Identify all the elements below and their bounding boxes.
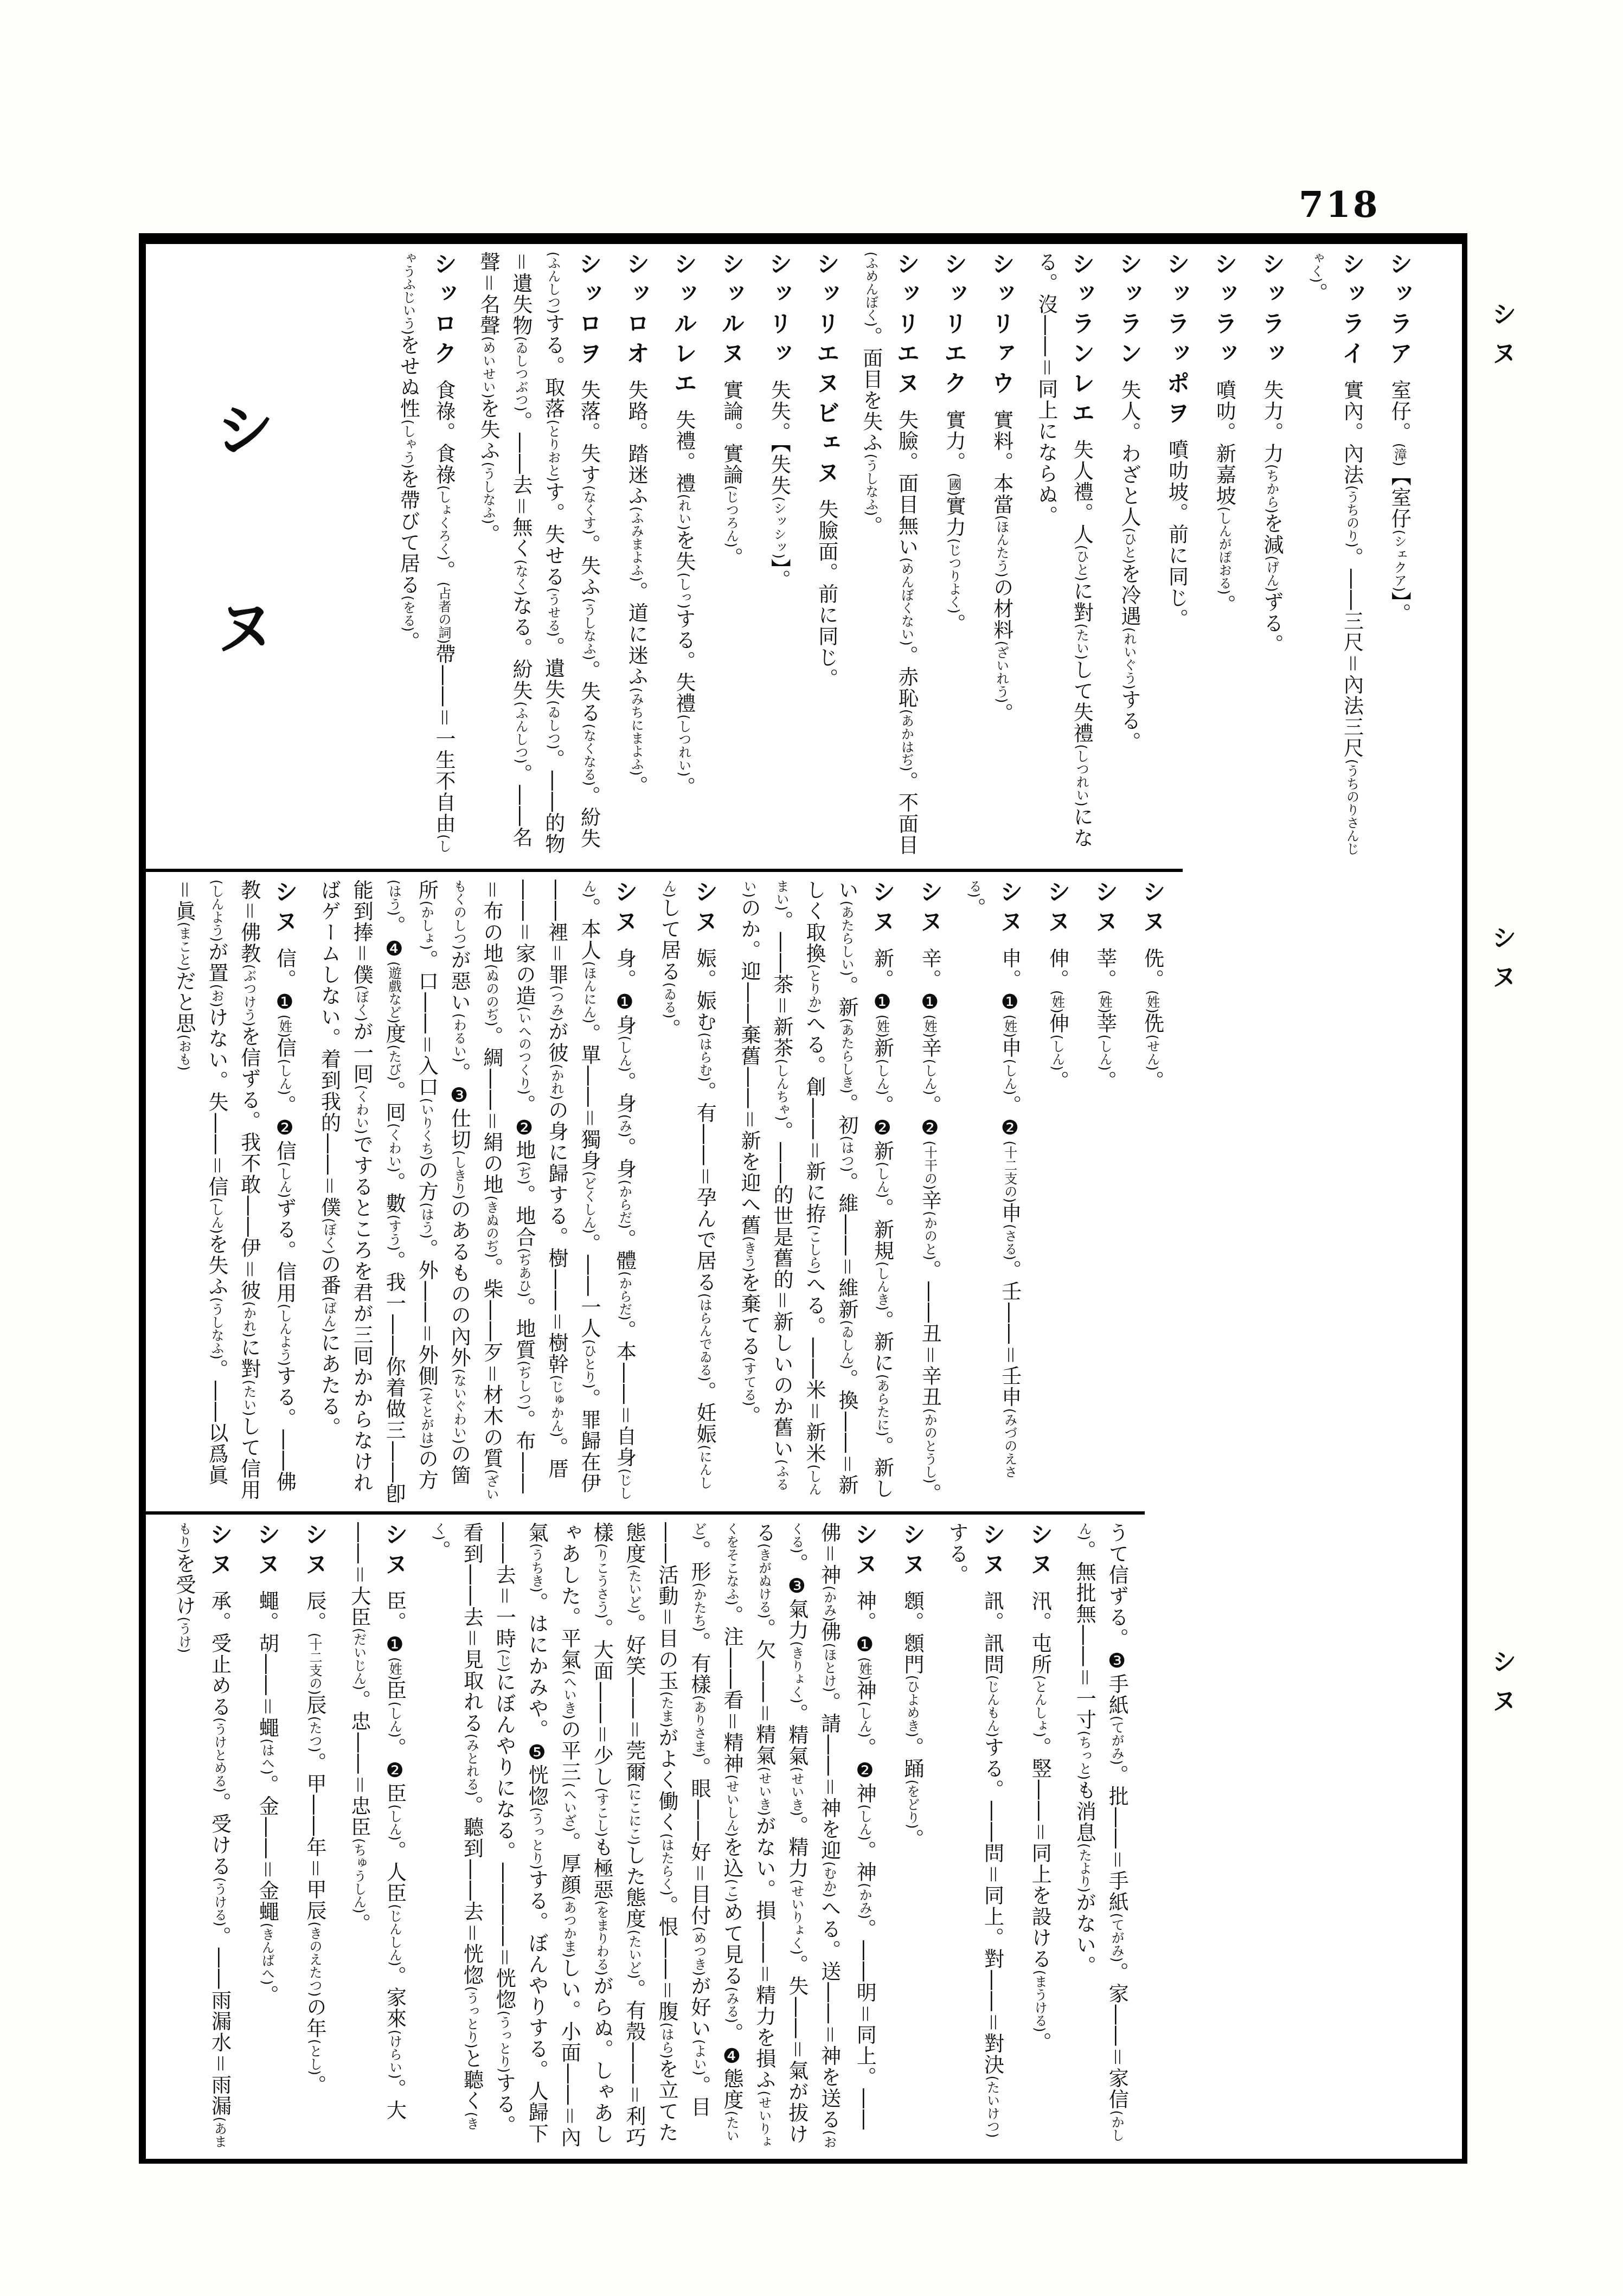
- reading-gloss: (うっとり): [529, 1807, 544, 1870]
- reading-gloss: (きう): [741, 1236, 756, 1272]
- reading-gloss: (れいぐう): [1121, 627, 1137, 690]
- entry-headword: シッリァウ: [988, 252, 1015, 409]
- entry-body: 顖。顖門(ひよめき)。踊(をどり)。: [901, 1590, 924, 1850]
- dict-entry: シッルレエ失禮。禮(れい)を失(しっ)する。失禮(しつれい)。: [664, 252, 702, 863]
- entry-headword: シッロオ: [623, 252, 650, 380]
- reading-gloss: (たい): [1074, 624, 1089, 660]
- reading-gloss: (遊戲など): [386, 961, 401, 1024]
- reading-gloss: (いりくち): [419, 1098, 434, 1160]
- page-frame: シッラア室仔。(漳)【室仔(シェクア)】。シッライ實內。內法(うちのり)。――三…: [139, 233, 1467, 2164]
- reading-gloss: (はう): [386, 880, 401, 916]
- reading-gloss: (しつれい): [676, 714, 691, 777]
- dict-entry: シッリエヌ失臉。面目無い(めんぼくない)。赤恥(あかはぢ)。不面目(ふめんぼく)…: [855, 252, 925, 863]
- entry-headword: シッリエヌビェヌ: [813, 252, 840, 499]
- reading-gloss: (はへ): [259, 1739, 274, 1775]
- entry-body: 失力。力(ちから)を減(げん)ずる。: [1260, 380, 1284, 655]
- reading-gloss: (きがぬける): [756, 1543, 772, 1619]
- reading-gloss: (みる): [724, 1987, 739, 2023]
- reading-gloss: (かしん): [1076, 1522, 1124, 2141]
- reading-gloss: (かみ): [857, 1883, 872, 1919]
- entry-headword: シヌ: [851, 1522, 878, 1590]
- reading-gloss: (せん): [1145, 1035, 1160, 1071]
- dict-entry: シヌ信。❶(姓)信(しん)。❷信(しん)ずる。信用(しんよう)する。――佛教＝佛…: [168, 880, 303, 1506]
- reading-gloss: (ぢ): [516, 1162, 531, 1185]
- reading-gloss: (とし): [307, 2039, 322, 2075]
- dict-entry: シヌ辰。(十二支の)辰(たつ)。甲――年＝甲辰(きのえたつ)の年(とし)。: [295, 1522, 333, 2151]
- entry-headword: シヌ: [1026, 1522, 1053, 1590]
- dict-entry: シヌ侁。(姓)侁(せん)。: [1133, 880, 1171, 1506]
- reading-gloss: (まこと): [176, 922, 191, 971]
- entry-headword: シヌ: [611, 880, 638, 948]
- dict-entry: シヌ娠。娠む(はらむ)。有――＝孕んで居る(はらんでゐる)。妊娠(にんしん)して…: [653, 880, 723, 1506]
- reading-gloss: (めつき): [691, 1927, 707, 1976]
- reading-gloss: (ちゅうしん): [351, 1838, 367, 1914]
- reading-gloss: (ゐしつ): [546, 700, 561, 749]
- reading-gloss: (はら): [659, 2022, 674, 2058]
- entry-headword: シヌ: [253, 1522, 280, 1590]
- dict-entry: シヌ顖。顖門(ひよめき)。踊(をどり)。: [893, 1522, 931, 2151]
- reading-gloss: (じゅかん): [549, 1375, 564, 1437]
- reading-gloss: (にんしん): [662, 880, 713, 1489]
- reading-gloss: (かれ): [241, 1301, 256, 1338]
- entry-body: 實論。實論(じつろん)。: [720, 380, 743, 569]
- entry-body: 噴叻。新嘉坡(しんがぽおる)。: [1213, 380, 1236, 616]
- reading-gloss: (ふんしつ): [513, 701, 528, 764]
- reading-gloss: (かれ): [549, 1064, 564, 1100]
- reading-gloss: (しんよう): [277, 1304, 292, 1366]
- entry-body: 莘。(姓)莘(しん)。: [1093, 948, 1117, 1092]
- reading-gloss: (なく): [513, 560, 528, 596]
- reading-gloss: (かのとうし): [922, 1408, 937, 1484]
- reading-gloss: (ばん): [321, 1297, 336, 1333]
- reading-gloss: (きのえたつ): [307, 1921, 322, 1997]
- dict-entry: シヌ訊。訊問(じんもん)する。――問＝同上。對――＝對決(たいけつ)する。: [940, 1522, 1011, 2151]
- reading-gloss: (しっ): [676, 573, 691, 609]
- reading-gloss: (ぢしつ): [516, 1361, 531, 1410]
- entry-body: 身。❶身(しん)。身(み)。身(からだ)。體(からだ)。本――＝自身(じしん)。…: [317, 880, 636, 1505]
- reading-gloss: (たび): [386, 1044, 401, 1081]
- entry-headword: シヌ: [1043, 880, 1070, 948]
- entry-headword: シッラン: [1115, 252, 1143, 380]
- dict-entry: シヌ承。受止める(うけとめる)。受ける(うける)。――雨漏水＝雨漏(あまもり)を…: [168, 1522, 238, 2151]
- reading-gloss: (ひと): [1074, 545, 1089, 581]
- reading-gloss: (うしなふ): [480, 462, 496, 524]
- reading-gloss: (たいど): [626, 1929, 641, 1979]
- reading-gloss: (かみ): [822, 1586, 837, 1622]
- entry-body: 失臉面。前に同じ。: [815, 499, 838, 689]
- entry-body: 臣。❶(姓)臣(しん)。❷臣(しん)。人臣(じんしん)。家來(けらい)。大――＝…: [348, 1522, 407, 2121]
- reading-gloss: (しょくろく): [436, 485, 451, 561]
- reading-gloss: (みとれる): [464, 1734, 479, 1796]
- reading-gloss: (しつれい): [1074, 744, 1089, 806]
- reading-gloss: (シェクア): [1391, 530, 1407, 592]
- dict-entry: シヌ辛。❶(姓)辛(しん)。❷(十干の)辛(かのと)。――丑＝辛丑(かのとうし)…: [910, 880, 948, 1506]
- reading-gloss: (はつ): [839, 1136, 854, 1172]
- reading-gloss: (さる): [1002, 1224, 1017, 1260]
- reading-gloss: (十干の): [922, 1140, 937, 1190]
- entry-body: 實料。本當(ほんたう)の材料(ざいれう)。: [990, 409, 1013, 724]
- reading-gloss: (うちき): [529, 1543, 544, 1593]
- reading-gloss: (しん): [857, 1804, 872, 1840]
- reading-gloss: (きりょく): [789, 1641, 804, 1703]
- reading-gloss: (ひと): [1121, 528, 1137, 564]
- reading-gloss: (ほんたう): [994, 515, 1009, 578]
- reading-gloss: (よい): [691, 2040, 707, 2076]
- reading-gloss: (しんき): [875, 1261, 890, 1311]
- reading-gloss: (ほとけ): [822, 1643, 837, 1692]
- dict-entry: シッラア室仔。(漳)【室仔(シェクア)】。: [1380, 252, 1418, 863]
- reading-gloss: (十二支の): [307, 1633, 322, 1695]
- band-bottom: うて信ずる。❸手紙(てがみ)。批――＝手紙(てがみ)。家――＝家信(かしん)。無…: [146, 1511, 1145, 2157]
- reading-gloss: (ふみまよふ): [628, 506, 644, 582]
- reading-gloss: (すう): [386, 1215, 401, 1251]
- reading-gloss: (つみ): [549, 985, 564, 1022]
- reading-gloss: (み): [617, 1114, 632, 1138]
- reading-gloss: (しん): [922, 1059, 937, 1095]
- section-header-shinu: シ ヌ: [190, 252, 288, 863]
- entry-headword: シッラッ: [1258, 252, 1285, 380]
- dict-entry: シヌ伸。(姓)伸(しん)。: [1038, 880, 1076, 1506]
- reading-gloss: (めいせい): [480, 336, 496, 399]
- reading-gloss: (シッシッ): [771, 497, 786, 559]
- dict-entry: シッリエク實力。(國)實力(じつりよく)。: [934, 252, 972, 863]
- band-middle: シヌ侁。(姓)侁(せん)。シヌ莘。(姓)莘(しん)。シヌ伸。(姓)伸(しん)。シ…: [146, 869, 1183, 1511]
- reading-gloss: (ちっと): [1076, 1730, 1092, 1780]
- reading-gloss: (姓): [277, 1015, 292, 1038]
- reading-gloss: (しん): [1002, 1059, 1017, 1095]
- reading-gloss: (ぢあひ): [516, 1248, 531, 1297]
- reading-gloss: (せいき): [756, 1767, 772, 1816]
- entry-continuation: うて信ずる。❸手紙(てがみ)。批――＝手紙(てがみ)。家――＝家信(かしん)。無…: [1068, 1522, 1133, 2151]
- reading-gloss: (ぬののぢ): [484, 964, 499, 1027]
- reading-gloss: (國): [946, 473, 961, 496]
- reading-gloss: (うしなふ): [581, 598, 596, 660]
- dict-entry: シヌ汛。屯所(とんしょ)。竪――＝同上を設ける(まうける)。: [1021, 1522, 1059, 2151]
- reading-gloss: (きぬのぢ): [484, 1196, 499, 1258]
- reading-gloss: (たま): [659, 1691, 674, 1728]
- dict-entry: シヌ申。❶(姓)申(しん)。❷(十二支の)申(さる)。壬――＝壬申(みづのえさる…: [958, 880, 1028, 1506]
- entry-body: 噴叻坡。前に同じ。: [1165, 439, 1189, 630]
- entry-headword: シヌ: [206, 1522, 233, 1590]
- margin-label-band3: シヌ: [1472, 1649, 1521, 1727]
- reading-gloss: (たいけつ): [985, 2076, 1000, 2138]
- entry-body: 蠅。胡――＝蠅(はへ)。金――＝金蠅(きんばへ)。: [255, 1590, 279, 2006]
- reading-gloss: (しんちゃ): [774, 1059, 789, 1121]
- entry-headword: シッラッ: [1210, 252, 1237, 380]
- entry-headword: シッリエク: [940, 252, 967, 409]
- reading-gloss: (姓): [922, 1015, 937, 1038]
- dict-entry: シッランレエ失人禮。人(ひと)に對(たい)して失禮(しつれい)になる。沒――＝同…: [1030, 252, 1100, 863]
- reading-gloss: (十二支の): [1002, 1140, 1017, 1203]
- reading-gloss: (ゐしん): [839, 1320, 854, 1369]
- entry-body: 申。❶(姓)申(しん)。❷(十二支の)申(さる)。壬――＝壬申(みづのえさる)。: [963, 880, 1022, 1478]
- reading-gloss: (すこし): [594, 1788, 609, 1837]
- reading-gloss: (うけ): [176, 1617, 191, 1653]
- reading-gloss: (じつろん): [723, 485, 739, 548]
- reading-gloss: (こ): [724, 1879, 739, 1902]
- dict-entry: シッラッ噴叻。新嘉坡(しんがぽおる)。: [1205, 252, 1243, 863]
- entry-body: 汛。屯所(とんしょ)。竪――＝同上を設ける(まうける)。: [1028, 1590, 1051, 2053]
- dict-entry: シッラン失人。わざと人(ひと)を冷遇(れいぐう)する。: [1109, 252, 1147, 863]
- reading-gloss: (むか): [822, 1861, 837, 1897]
- entry-headword: シッロヲ: [575, 252, 602, 380]
- reading-gloss: (姓): [1145, 990, 1160, 1014]
- reading-gloss: (くわい): [354, 1085, 369, 1134]
- reading-gloss: (しん): [277, 1162, 292, 1198]
- reading-gloss: (へいき): [561, 1670, 576, 1720]
- reading-gloss: (うっとり): [496, 2011, 511, 2073]
- reading-gloss: (をどり): [904, 1780, 920, 1829]
- reading-gloss: (けらい): [387, 2030, 402, 2079]
- entry-body: 信。❶(姓)信(しん)。❷信(しん)ずる。信用(しんよう)する。――佛教＝佛教(…: [172, 880, 297, 1500]
- reading-gloss: (しん): [387, 1702, 402, 1738]
- reading-gloss: (はらんでゐる): [697, 1293, 712, 1382]
- reading-gloss: (たいど): [626, 1564, 641, 1614]
- entry-headword: シヌ: [691, 880, 718, 948]
- reading-gloss: (しん): [277, 1059, 292, 1095]
- reading-gloss: (かのと): [922, 1211, 937, 1260]
- dict-entry: シヌ莘。(姓)莘(しん)。: [1085, 880, 1123, 1506]
- entry-body: 承。受止める(うけとめる)。受ける(うける)。――雨漏水＝雨漏(あまもり)を受け…: [172, 1522, 232, 2148]
- reading-gloss: (せいりょく): [789, 1880, 804, 1955]
- entry-headword: シッルヌ: [717, 252, 745, 380]
- reading-gloss: (お): [209, 984, 224, 1008]
- dict-entry: シヌ身。❶身(しん)。身(み)。身(からだ)。體(からだ)。本――＝自身(じしん…: [312, 880, 643, 1506]
- reading-gloss: (占者の詞): [436, 582, 451, 644]
- dict-entry: シッリッ失失。【失失(シッシッ)】。: [759, 252, 797, 863]
- reading-gloss: (なくす): [581, 485, 596, 535]
- reading-gloss: (ひよめき): [904, 1675, 920, 1737]
- reading-gloss: (れい): [676, 494, 691, 530]
- reading-gloss: (てがみ): [1109, 1913, 1124, 1962]
- dict-entry: シッロヲ失落。失す(なくす)。失ふ(うしなふ)。失る(なくなる)。紛失(ふんしつ…: [472, 252, 607, 863]
- page-number: 718: [1299, 183, 1380, 226]
- dict-entry: シヌ神。❶(姓)神(しん)。❷神(しん)。神(かみ)。――明＝同上。――佛＝神(…: [423, 1522, 883, 2151]
- dict-entry: シッライ實內。內法(うちのり)。――三尺＝內法三尺(うちのりさんじゃく)。: [1300, 252, 1370, 863]
- reading-gloss: (しん): [617, 1036, 632, 1072]
- reading-gloss: (ちから): [1264, 464, 1279, 514]
- reading-gloss: (しん): [875, 1162, 890, 1198]
- dict-entry: シッロオ失路。踏迷ふ(ふみまよふ)。道に迷ふ(みちにまよふ)。: [617, 252, 655, 863]
- reading-gloss: (ひとり): [581, 1339, 596, 1389]
- reading-gloss: (ないぐわい): [451, 1369, 466, 1444]
- entry-headword: シヌ: [1139, 880, 1166, 948]
- dict-entry: シヌ臣。❶(姓)臣(しん)。❷臣(しん)。人臣(じんしん)。家來(けらい)。大―…: [343, 1522, 413, 2151]
- reading-gloss: (うせる): [546, 587, 561, 637]
- reading-gloss: (姓): [857, 1657, 872, 1681]
- reading-gloss: (しんがぽおる): [1216, 506, 1231, 595]
- entry-headword: シヌ: [869, 880, 896, 948]
- reading-gloss: (げん): [1264, 556, 1279, 592]
- entry-body: 侁。(姓)侁(せん)。: [1141, 948, 1164, 1092]
- entry-body: 失人。わざと人(ひと)を冷遇(れいぐう)する。: [1118, 380, 1141, 753]
- dict-entry: シッロク食祿。食祿(しょくろく)。(占者の詞)帶――＝一生不自由(しゃうふじいう…: [392, 252, 462, 863]
- reading-gloss: (きんばへ): [259, 1923, 274, 1985]
- reading-gloss: (しんよう): [209, 880, 224, 942]
- entry-body: 娠。娠む(はらむ)。有――＝孕んで居る(はらんでゐる)。妊娠(にんしん)して居る…: [658, 880, 717, 1489]
- dict-entry: シヌ新。❶(姓)新(しん)。❷新(しん)。新規(しんき)。新に(あらたに)。新し…: [733, 880, 900, 1506]
- reading-gloss: (じ): [496, 1649, 511, 1672]
- reading-gloss: (うけとめる): [212, 1717, 227, 1793]
- reading-gloss: (ゐしつぶつ): [513, 336, 528, 412]
- reading-gloss: (せいしん): [724, 1774, 739, 1837]
- reading-gloss: (ぼく): [321, 1218, 336, 1254]
- entry-body: 實力。(國)實力(じつりよく)。: [942, 409, 966, 634]
- reading-gloss: (をる): [400, 595, 415, 632]
- band-top: シッラア室仔。(漳)【室仔(シェクア)】。シッライ實內。內法(うちのり)。――三…: [146, 244, 1429, 869]
- reading-gloss: (しん): [1097, 1035, 1112, 1071]
- reading-gloss: (かしょ): [419, 901, 434, 950]
- reading-gloss: (からだ): [617, 1271, 632, 1320]
- reading-gloss: (姓): [875, 1015, 890, 1038]
- dict-entry: シッリァウ實料。本當(ほんたう)の材料(ざいれう)。: [982, 252, 1020, 863]
- reading-gloss: (しん): [1049, 1035, 1064, 1071]
- reading-gloss: (まうける): [1032, 1970, 1047, 2032]
- reading-gloss: (ぶつけう): [241, 964, 256, 1027]
- reading-gloss: (うける): [212, 1877, 227, 1927]
- reading-gloss: (あらたに): [875, 1374, 890, 1436]
- entry-body: 新。❶(姓)新(しん)。❷新(しん)。新規(しんき)。新に(あらたに)。新しい(…: [737, 880, 894, 1500]
- reading-gloss: (しん): [875, 1059, 890, 1095]
- reading-gloss: (へいざ): [561, 1783, 576, 1832]
- reading-gloss: (あたらしい): [839, 901, 854, 976]
- dict-entry: シヌ蠅。胡――＝蠅(はへ)。金――＝金蠅(きんばへ)。: [248, 1522, 286, 2151]
- entry-body: 神。❶(姓)神(しん)。❷神(しん)。神(かみ)。――明＝同上。――佛＝神(かみ…: [427, 1522, 876, 2149]
- reading-gloss: (ふめんぼく): [863, 252, 878, 327]
- entry-body: 伸。(姓)伸(しん)。: [1045, 948, 1069, 1092]
- entry-headword: シヌ: [1091, 880, 1118, 948]
- entry-headword: シヌ: [979, 1522, 1006, 1590]
- entry-headword: シヌ: [996, 880, 1023, 948]
- entry-headword: シヌ: [301, 1522, 328, 1590]
- reading-gloss: (ほんにん): [581, 961, 596, 1023]
- reading-gloss: (をまりわる): [594, 1900, 609, 1976]
- entry-headword: シッロク: [430, 252, 457, 380]
- reading-gloss: (とんしょ): [1032, 1675, 1047, 1737]
- reading-gloss: (じんもん): [985, 1675, 1000, 1737]
- reading-gloss: (しん): [857, 1702, 872, 1738]
- reading-gloss: (たい): [241, 1380, 256, 1416]
- dict-entry: シッラッポヲ噴叻坡。前に同じ。: [1157, 252, 1195, 863]
- dict-entry: シッラッ失力。力(ちから)を減(げん)ずる。: [1252, 252, 1290, 863]
- reading-gloss: (とりか): [806, 964, 822, 1014]
- entry-headword: シヌ: [271, 880, 298, 948]
- reading-gloss: (姓): [1097, 990, 1112, 1014]
- reading-gloss: (かたち): [691, 1582, 707, 1632]
- entry-body: 辰。(十二支の)辰(たつ)。甲――年＝甲辰(きのえたつ)の年(とし)。: [303, 1590, 326, 2096]
- reading-gloss: (みちにまよふ): [628, 688, 644, 776]
- reading-gloss: (ふんしつ): [546, 252, 561, 314]
- entry-body: 失路。踏迷ふ(ふみまよふ)。道に迷ふ(みちにまよふ)。: [625, 380, 648, 797]
- reading-gloss: (ゐる): [662, 982, 677, 1018]
- reading-gloss: (ぼく): [354, 985, 369, 1022]
- entry-body: 失禮。禮(れい)を失(しっ)する。失禮(しつれい)。: [672, 409, 696, 798]
- reading-gloss: (うちのり): [1344, 485, 1359, 548]
- reading-gloss: (たつ): [307, 1716, 322, 1753]
- entry-headword: シッラア: [1385, 252, 1413, 380]
- margin-label-band2: シヌ: [1472, 925, 1521, 1003]
- reading-gloss: (いへのつくり): [516, 1006, 531, 1095]
- entry-headword: シヌ: [916, 880, 943, 948]
- dict-entry: シッリエヌビェヌ失臉面。前に同じ。: [807, 252, 845, 863]
- reading-gloss: (くわい): [386, 1123, 401, 1172]
- reading-gloss: (しん): [209, 1197, 224, 1234]
- reading-gloss: (しん): [387, 1804, 402, 1840]
- reading-gloss: (あたらしき): [839, 1018, 854, 1094]
- reading-gloss: (なくなる): [581, 723, 596, 786]
- entry-headword: シッリエヌ: [893, 252, 920, 409]
- reading-gloss: (にこにこ): [626, 1783, 641, 1845]
- margin-label-band1: シヌ: [1472, 301, 1521, 379]
- reading-gloss: (せいき): [789, 1767, 804, 1816]
- reading-gloss: (じつりよく): [946, 538, 961, 614]
- reading-gloss: (めんぼくない): [899, 557, 914, 646]
- entry-headword: シッルレエ: [670, 252, 697, 409]
- reading-gloss: (しきり): [451, 1150, 466, 1200]
- reading-gloss: (姓): [387, 1657, 402, 1681]
- reading-gloss: (たより): [1076, 1843, 1092, 1893]
- dict-entry: シッルヌ實論。實論(じつろん)。: [712, 252, 750, 863]
- reading-gloss: (あつかま): [561, 1895, 576, 1958]
- reading-gloss: (てがみ): [1109, 1716, 1124, 1765]
- reading-gloss: (うしなふ): [863, 454, 878, 516]
- reading-gloss: (どくしん): [581, 1171, 596, 1234]
- reading-gloss: (そとがは): [419, 1387, 434, 1449]
- reading-gloss: (ざいれう): [994, 641, 1009, 703]
- reading-gloss: (からだ): [617, 1179, 632, 1229]
- entry-body: 室仔。(漳)【室仔(シェクア)】。: [1388, 380, 1411, 624]
- reading-gloss: (はらむ): [697, 1032, 712, 1082]
- reading-gloss: (だいじん): [351, 1628, 367, 1690]
- reading-gloss: (うっとり): [464, 1986, 479, 2049]
- reading-gloss: (姓): [1002, 1015, 1017, 1038]
- reading-gloss: (うしなふ): [209, 1297, 224, 1359]
- reading-gloss: (りこうさう): [594, 1543, 609, 1619]
- reading-gloss: (はたらく): [659, 1833, 674, 1896]
- entry-headword: シッリッ: [765, 252, 792, 380]
- reading-gloss: (じんしん): [387, 1904, 402, 1966]
- reading-gloss: (漳): [1391, 443, 1407, 466]
- reading-gloss: (しゃう): [400, 419, 415, 469]
- reading-gloss: (姓): [1049, 990, 1064, 1014]
- entry-body: 失失。【失失(シッシッ)】。: [767, 380, 791, 591]
- entry-headword: シヌ: [381, 1522, 408, 1590]
- entry-body: 辛。❶(姓)辛(しん)。❷(十干の)辛(かのと)。――丑＝辛丑(かのとうし)。: [918, 948, 941, 1505]
- reading-gloss: (はう): [419, 1202, 434, 1239]
- reading-gloss: (わるい): [451, 1013, 466, 1062]
- reading-gloss: (こしら): [806, 1225, 822, 1274]
- entry-headword: シッライ: [1338, 252, 1365, 380]
- entry-headword: シッラッポヲ: [1163, 252, 1190, 439]
- reading-gloss: (すてる): [741, 1357, 756, 1406]
- reading-gloss: (ありさま): [691, 1695, 707, 1758]
- entry-headword: シッランレエ: [1068, 252, 1095, 439]
- entry-body: 訊。訊問(じんもん)する。――問＝同上。對――＝對決(たいけつ)する。: [945, 1522, 1004, 2138]
- entry-headword: シヌ: [899, 1522, 926, 1590]
- reading-gloss: (あかはぢ): [899, 709, 914, 772]
- reading-gloss: (おも): [176, 1035, 191, 1071]
- reading-gloss: (とりおと): [546, 420, 561, 482]
